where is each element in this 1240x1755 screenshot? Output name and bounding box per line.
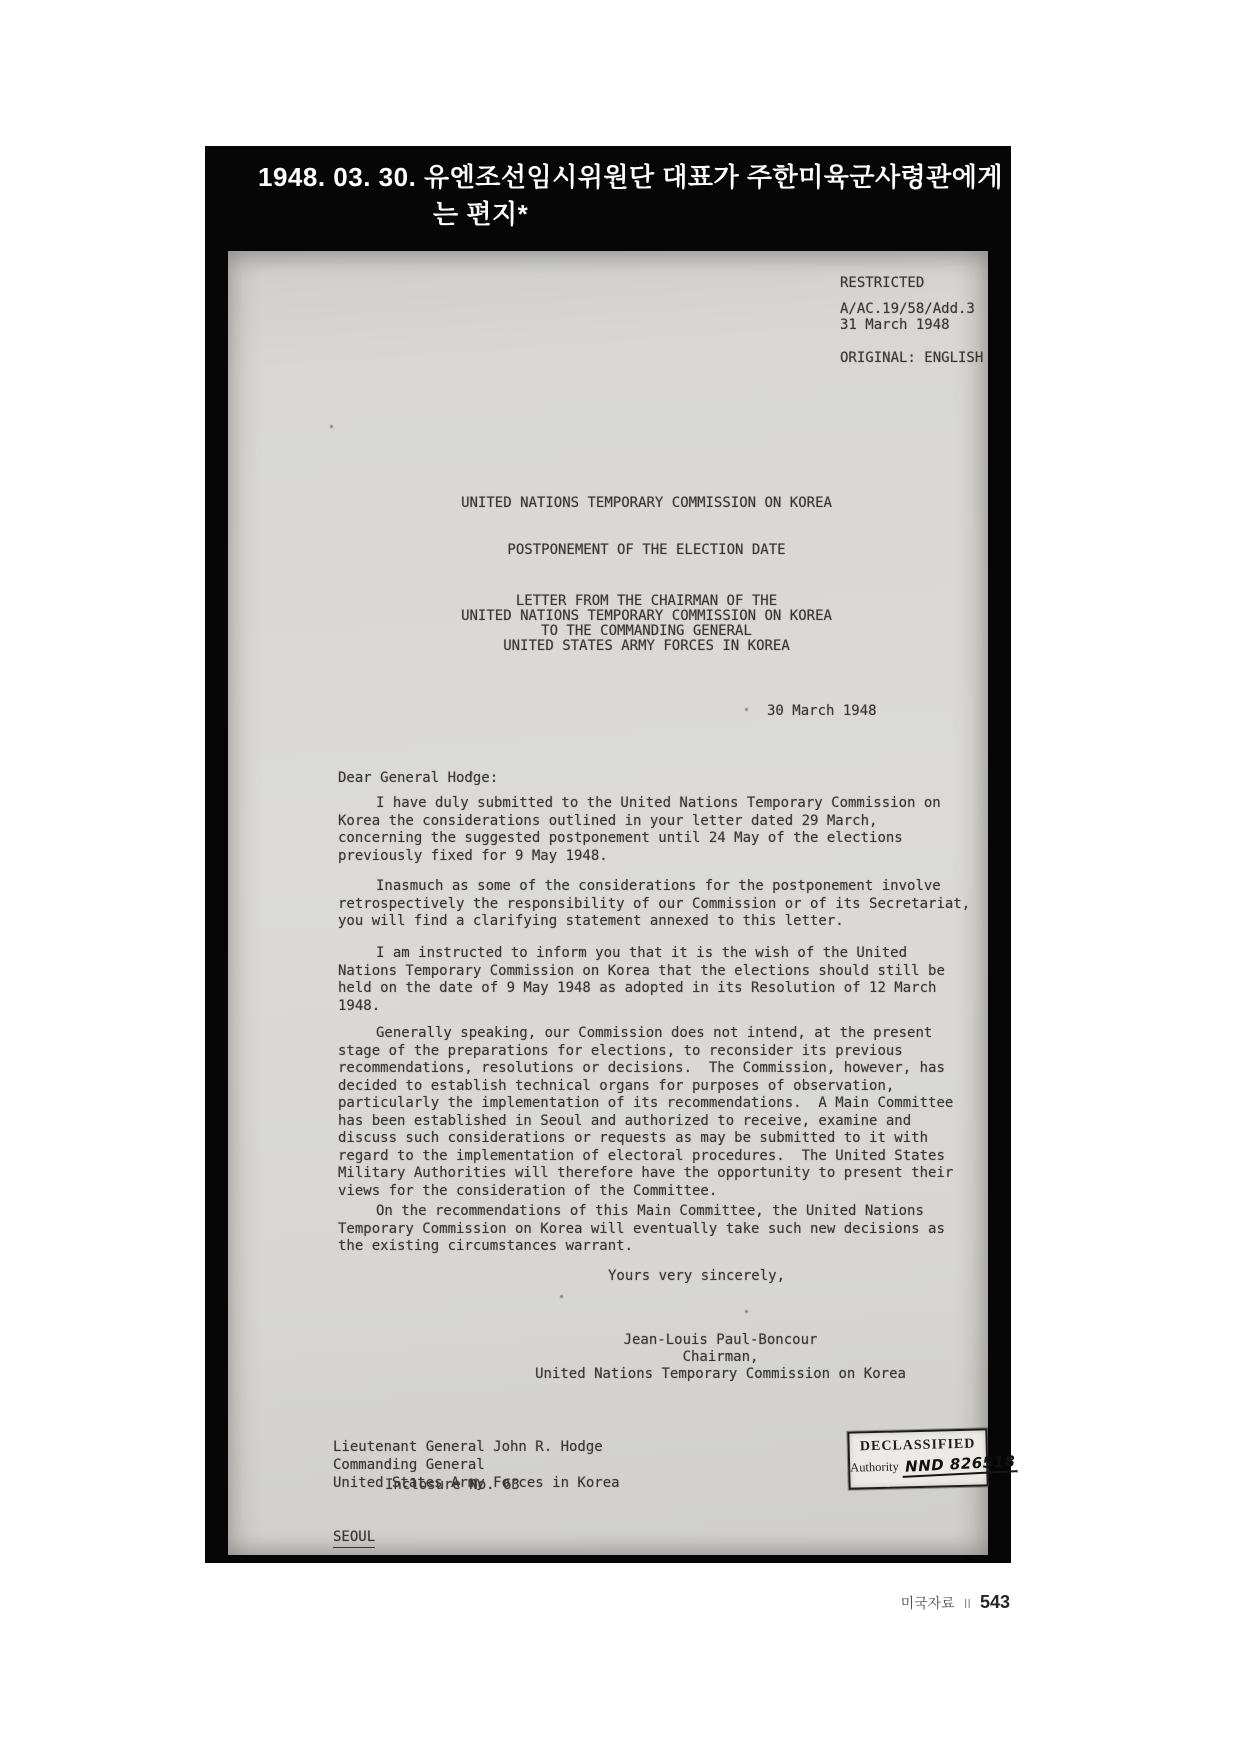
ink-speck bbox=[330, 425, 333, 428]
paragraph-3: I am instructed to inform you that it is… bbox=[338, 945, 988, 1015]
footer-section: 미국자료 bbox=[901, 1593, 955, 1613]
paragraph-5: On the recommendations of this Main Comm… bbox=[338, 1203, 988, 1256]
paragraph-1: I have duly submitted to the United Nati… bbox=[338, 795, 988, 865]
page-footer: 미국자료 II 543 bbox=[901, 1592, 1010, 1613]
ink-speck bbox=[470, 772, 473, 775]
ink-speck bbox=[745, 1310, 748, 1313]
ink-speck bbox=[745, 708, 748, 711]
footer-page-number: 543 bbox=[980, 1592, 1010, 1613]
letter-subtitle: LETTER FROM THE CHAIRMAN OF THE UNITED N… bbox=[338, 594, 955, 654]
title-line-2: 는 편지* bbox=[433, 196, 993, 233]
salutation: Dear General Hodge: bbox=[338, 770, 498, 788]
paragraph-4: Generally speaking, our Commission does … bbox=[338, 1025, 988, 1200]
stamp-title: DECLASSIFIED bbox=[850, 1436, 986, 1455]
declassified-stamp: DECLASSIFIED AuthorityNND 826518 bbox=[847, 1428, 988, 1489]
footer-volume: II bbox=[964, 1596, 971, 1611]
letter-date: 30 March 1948 bbox=[767, 703, 877, 721]
stamp-authority: AuthorityNND 826518 bbox=[850, 1454, 986, 1477]
classification-label: RESTRICTED bbox=[840, 275, 924, 293]
inclosure-note: Inclosure No. 63 bbox=[385, 1477, 520, 1495]
paragraph-2: Inasmuch as some of the considerations f… bbox=[338, 878, 988, 931]
title-bar: 1948. 03. 30. 유엔조선임시위원단 대표가 주한미육군사령관에게 보… bbox=[205, 146, 1011, 251]
ink-speck bbox=[560, 1295, 563, 1298]
subject-title: POSTPONEMENT OF THE ELECTION DATE bbox=[338, 542, 955, 560]
stamp-authority-label: Authority bbox=[850, 1459, 899, 1474]
closing: Yours very sincerely, bbox=[608, 1268, 785, 1286]
title-line-1: 1948. 03. 30. 유엔조선임시위원단 대표가 주한미육군사령관에게 보… bbox=[258, 159, 993, 196]
document-scan: 1948. 03. 30. 유엔조선임시위원단 대표가 주한미육군사령관에게 보… bbox=[205, 146, 1011, 1563]
letter-paper: RESTRICTED A/AC.19/58/Add.3 31 March 194… bbox=[228, 251, 988, 1555]
commission-title: UNITED NATIONS TEMPORARY COMMISSION ON K… bbox=[338, 495, 955, 513]
recipient-city: SEOUL bbox=[333, 1528, 375, 1548]
document-reference: A/AC.19/58/Add.3 31 March 1948 bbox=[840, 301, 975, 333]
stamp-authority-value: NND 826518 bbox=[901, 1452, 1017, 1478]
signature-block: Jean-Louis Paul-Boncour Chairman, United… bbox=[533, 1332, 908, 1383]
original-language: ORIGINAL: ENGLISH bbox=[840, 350, 983, 368]
book-page: 1948. 03. 30. 유엔조선임시위원단 대표가 주한미육군사령관에게 보… bbox=[0, 0, 1240, 1755]
